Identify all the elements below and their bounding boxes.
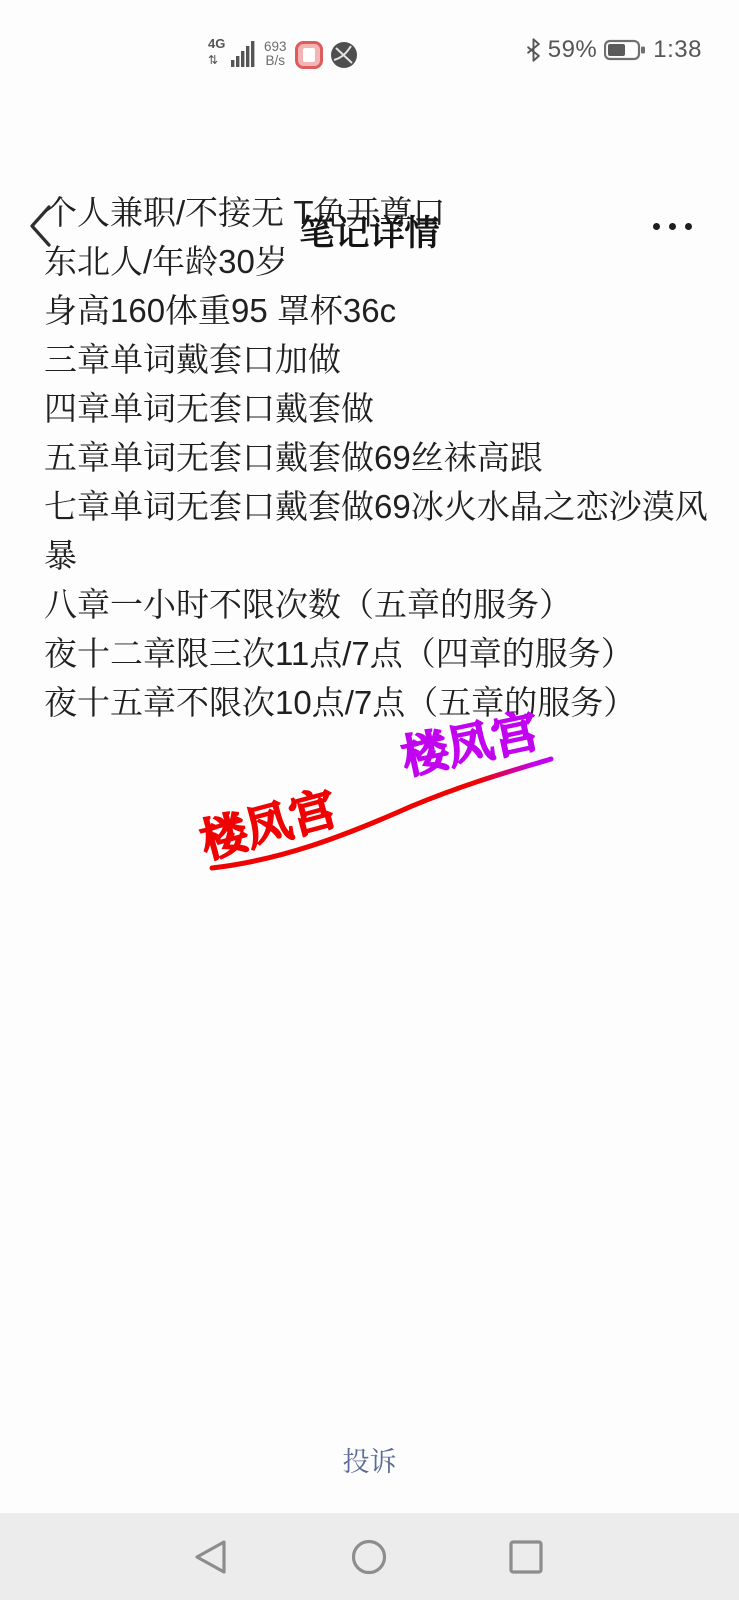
note-content: 个人兼职/不接无 T免开尊口 东北人/年龄30岁 身高160体重95 罩杯36c… [44, 188, 715, 727]
nav-back-button[interactable] [156, 1513, 266, 1600]
note-line: 夜十二章限三次11点/7点（四章的服务） [44, 629, 715, 678]
notification-browser-icon [330, 41, 358, 69]
note-line: 七章单词无套口戴套做69冰火水晶之恋沙漠风暴 [44, 482, 715, 580]
watermark-text-red: 楼凤宫 [195, 782, 342, 868]
status-bar: 4G ⇅ 693 B/s [0, 0, 739, 96]
network-speed-unit: B/s [266, 54, 286, 68]
clock-time: 1:38 [653, 36, 702, 64]
report-row: 投诉 [0, 1436, 739, 1483]
header: 笔记详情 [0, 96, 739, 168]
screen: 4G ⇅ 693 B/s [0, 0, 739, 1600]
note-line: 三章单词戴套口加做 [44, 335, 715, 384]
note-line: 东北人/年龄30岁 [44, 237, 715, 286]
navigation-bar [0, 1513, 739, 1600]
battery-percent: 59% [548, 36, 598, 64]
note-line: 八章一小时不限次数（五章的服务） [44, 580, 715, 629]
circle-home-icon [350, 1538, 388, 1576]
status-left-cluster: 4G ⇅ 693 B/s [208, 34, 358, 70]
note-line: 身高160体重95 罩杯36c [44, 286, 715, 335]
network-speed-value: 693 [264, 40, 287, 54]
triangle-back-icon [193, 1538, 229, 1576]
network-speed: 693 B/s [264, 40, 287, 70]
status-right-cluster: 59% 1:38 [526, 36, 702, 64]
signal-strength-icon: 4G ⇅ [208, 34, 256, 70]
report-button[interactable]: 投诉 [333, 1436, 407, 1483]
svg-text:⇅: ⇅ [208, 53, 218, 67]
watermark: 楼凤宫 楼凤宫 [180, 695, 560, 875]
bluetooth-icon [526, 37, 541, 63]
nav-recents-button[interactable] [471, 1513, 581, 1600]
watermark-text-purple: 楼凤宫 [397, 704, 543, 784]
note-line: 个人兼职/不接无 T免开尊口 [44, 188, 715, 237]
nav-home-button[interactable] [314, 1513, 424, 1600]
note-line: 五章单词无套口戴套做69丝袜高跟 [44, 433, 715, 482]
svg-text:4G: 4G [208, 36, 225, 51]
battery-icon [604, 39, 646, 61]
notification-app-icon [295, 41, 323, 69]
square-recents-icon [508, 1539, 544, 1575]
note-line: 四章单词无套口戴套做 [44, 384, 715, 433]
notification-icons [295, 41, 358, 70]
